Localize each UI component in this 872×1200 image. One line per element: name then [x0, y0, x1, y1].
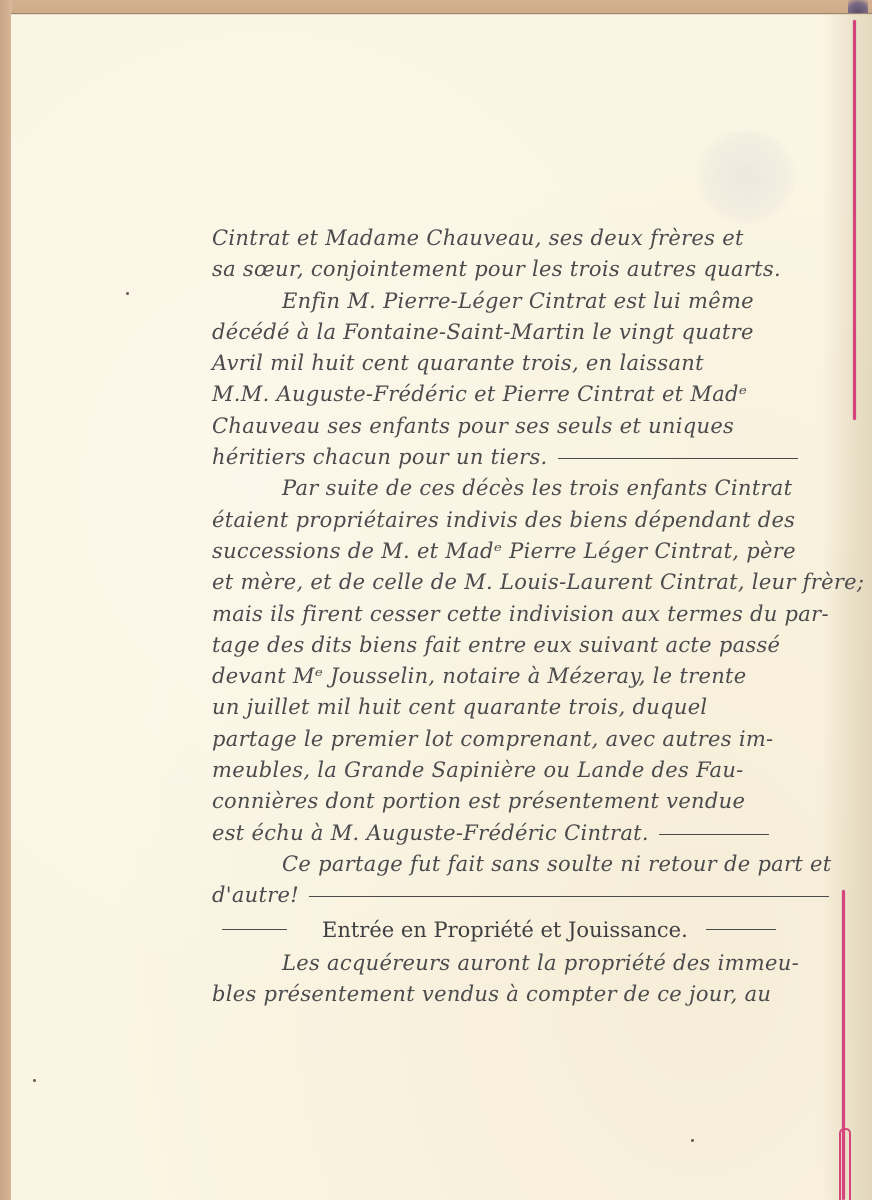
text-line: devant Mᵉ Jousselin, notaire à Mézeray, …	[212, 661, 832, 692]
binding-thread-top	[853, 20, 856, 420]
text-line: mais ils firent cesser cette indivision …	[212, 599, 832, 630]
text-line: meubles, la Grande Sapinière ou Lande de…	[212, 755, 832, 786]
text-line: connières dont portion est présentement …	[212, 786, 832, 817]
binding-thread-loop	[839, 1128, 851, 1200]
handwritten-text-body: Cintrat et Madame Chauveau, ses deux frè…	[212, 223, 832, 1010]
text-line: partage le premier lot comprenant, avec …	[212, 724, 832, 755]
faint-seal-stamp	[696, 129, 796, 224]
scanned-document: Cintrat et Madame Chauveau, ses deux frè…	[0, 0, 872, 1200]
text-line: M.M. Auguste-Frédéric et Pierre Cintrat …	[212, 379, 832, 410]
section-heading: Entrée en Propriété et Jouissance.	[212, 912, 832, 948]
text-line: étaient propriétaires indivis des biens …	[212, 505, 832, 536]
section-heading-text: Entrée en Propriété et Jouissance.	[322, 912, 688, 948]
text-line: d'autre!	[212, 880, 832, 911]
text-line: Les acquéreurs auront la propriété des i…	[212, 948, 832, 979]
text-line: bles présentement vendus à compter de ce…	[212, 979, 832, 1010]
text-line: Enfin M. Pierre-Léger Cintrat est lui mê…	[212, 286, 832, 317]
text-line: Par suite de ces décès les trois enfants…	[212, 473, 832, 504]
text-line: Cintrat et Madame Chauveau, ses deux frè…	[212, 223, 832, 254]
text-line: un juillet mil huit cent quarante trois,…	[212, 692, 832, 723]
heading-left-rule	[222, 929, 287, 931]
ink-speck	[691, 1139, 694, 1142]
text-line: décédé à la Fontaine-Saint-Martin le vin…	[212, 317, 832, 348]
ink-speck	[126, 292, 129, 295]
line-end-rule	[659, 834, 769, 835]
line-end-rule	[309, 896, 829, 897]
text-line: sa sœur, conjointement pour les trois au…	[212, 254, 832, 285]
ink-speck	[33, 1079, 36, 1082]
text-line: Ce partage fut fait sans soulte ni retou…	[212, 849, 832, 880]
text-line: successions de M. et Madᵉ Pierre Léger C…	[212, 536, 832, 567]
text-line: Chauveau ses enfants pour ses seuls et u…	[212, 411, 832, 442]
text-line: tage des dits biens fait entre eux suiva…	[212, 630, 832, 661]
document-page: Cintrat et Madame Chauveau, ses deux frè…	[11, 13, 872, 1200]
heading-right-rule	[706, 929, 776, 931]
text-line: est échu à M. Auguste-Frédéric Cintrat.	[212, 818, 832, 849]
line-end-rule	[558, 458, 798, 459]
text-line: héritiers chacun pour un tiers.	[212, 442, 832, 473]
text-line: Avril mil huit cent quarante trois, en l…	[212, 348, 832, 379]
text-line: et mère, et de celle de M. Louis-Laurent…	[212, 567, 832, 598]
